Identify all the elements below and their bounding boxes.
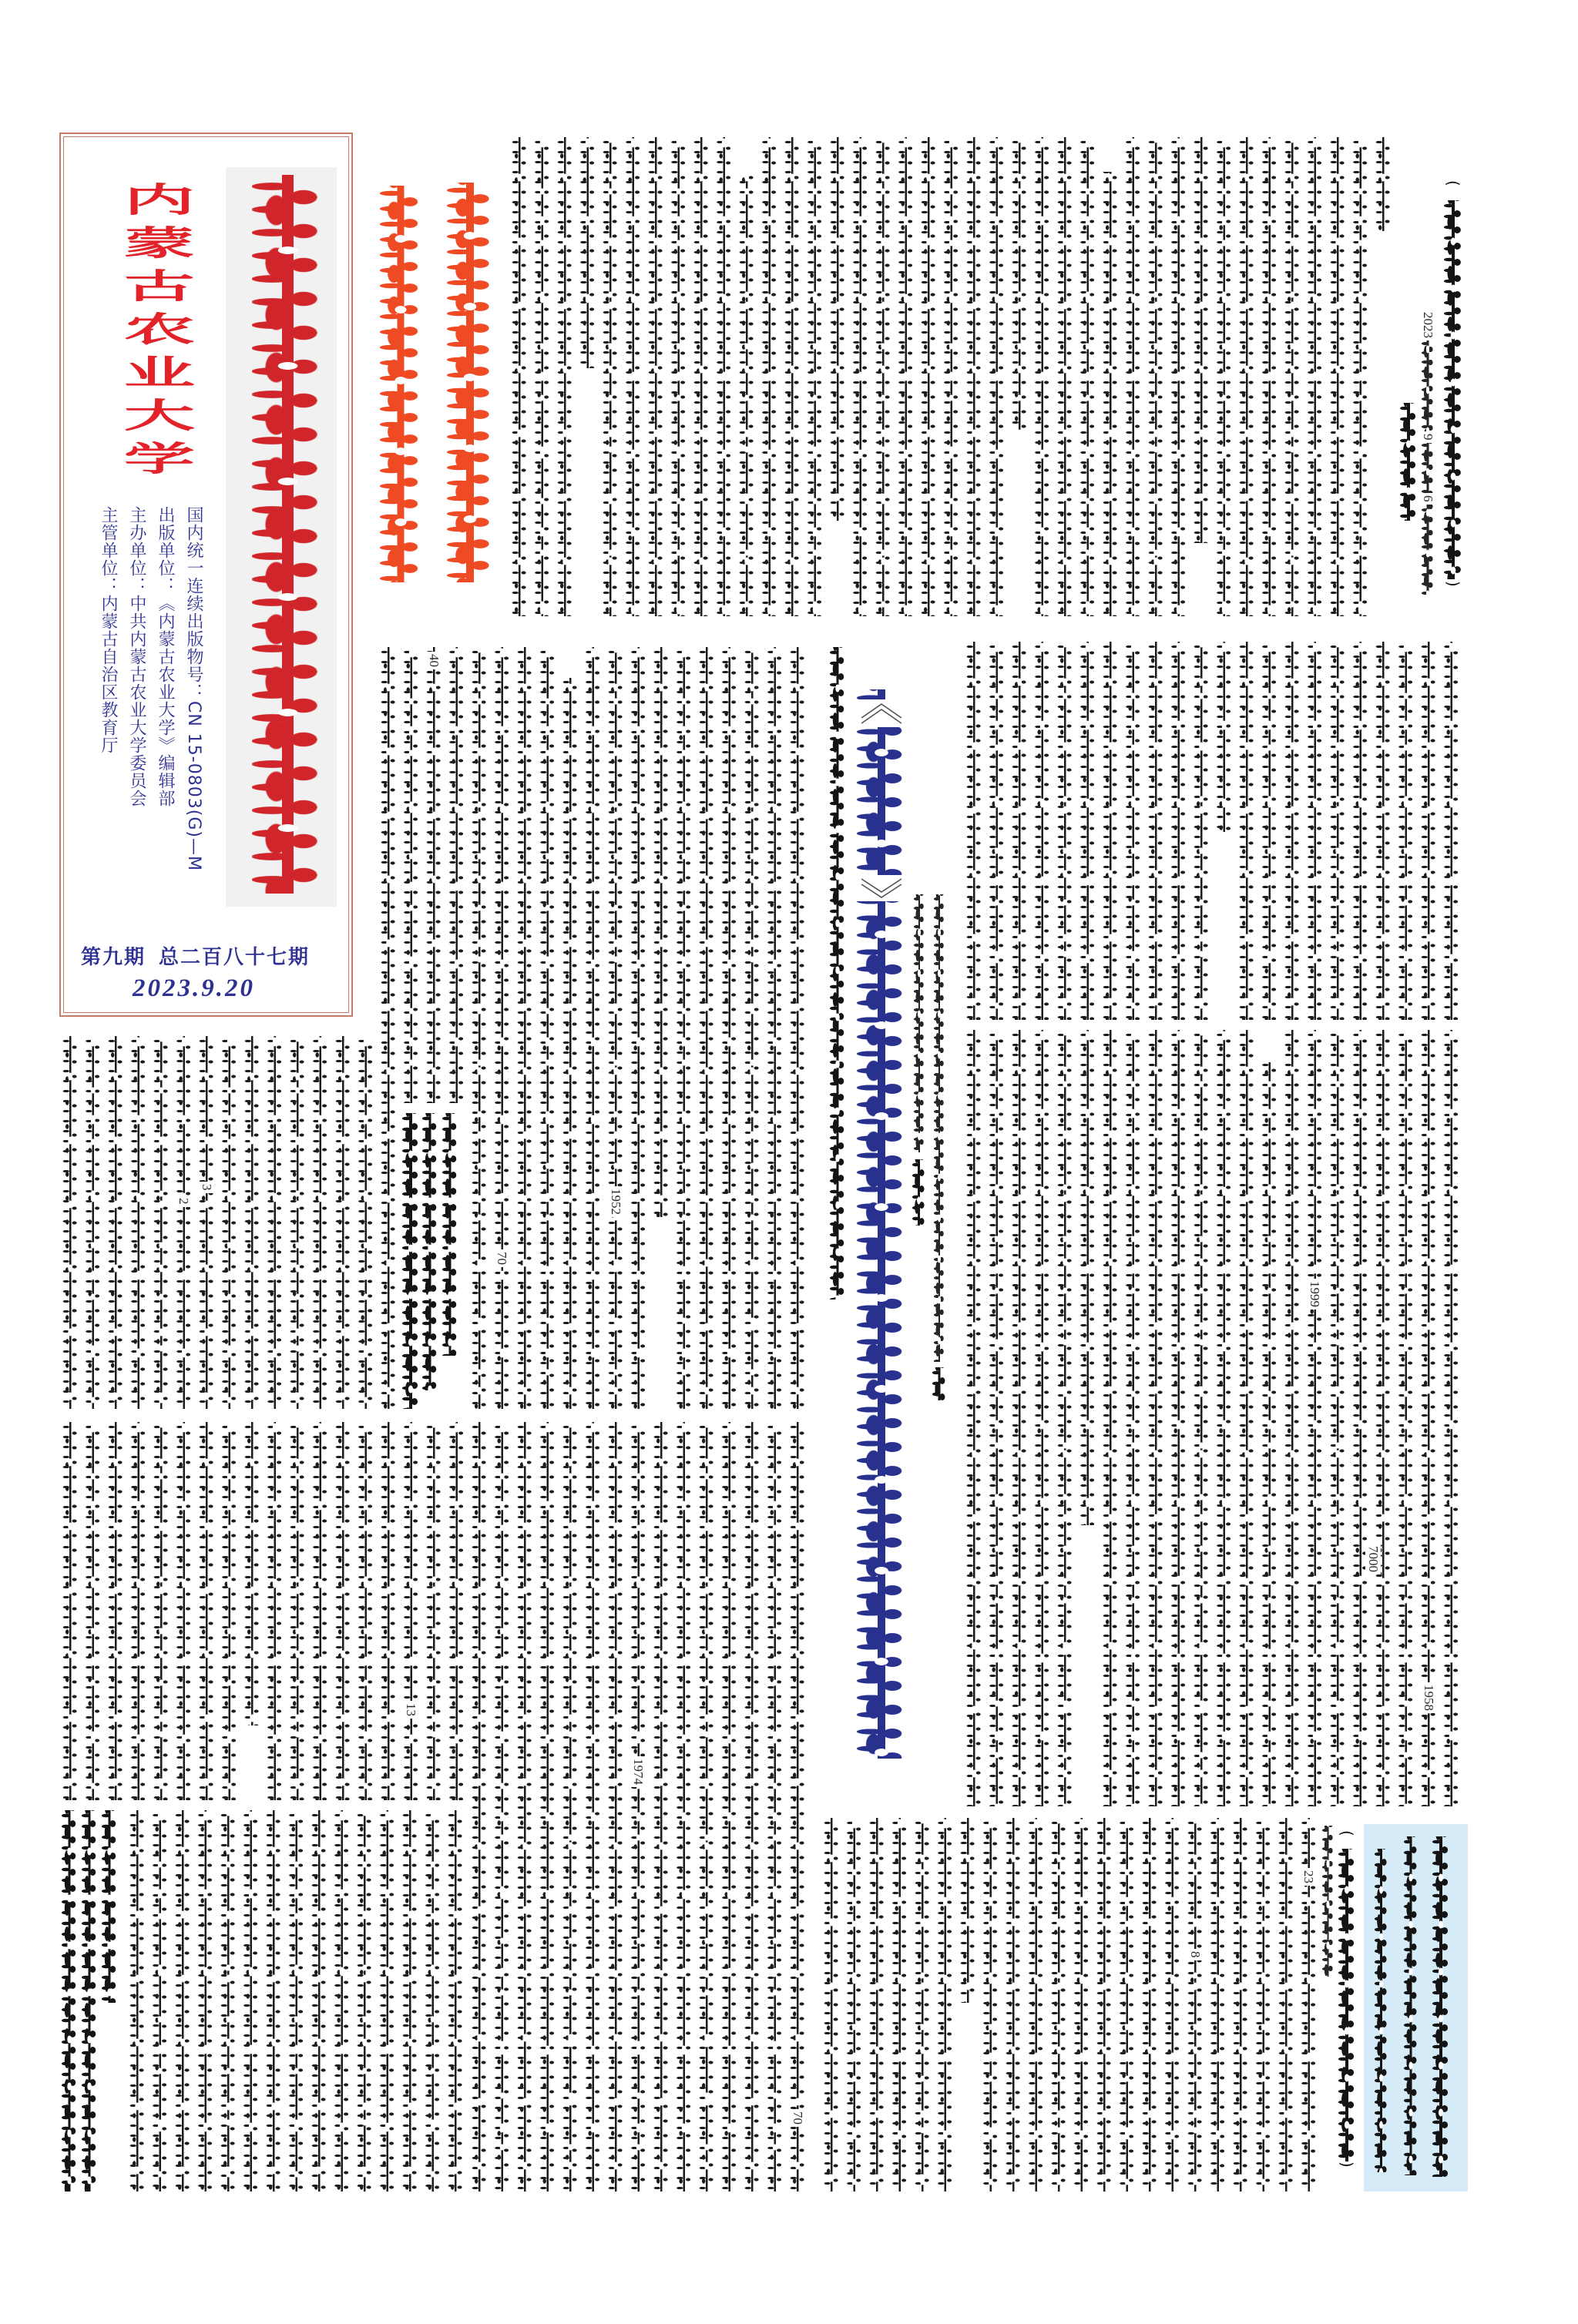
paragraph-break [651,1217,673,1409]
lower-left-headline-column-2 [82,1810,97,2192]
paragraph-break [242,1725,264,1800]
inline-number: 40 [426,652,442,669]
sidebar-heading [1338,1849,1355,2161]
main-article-body-lower [963,1030,1463,1806]
lower-left-article-body [126,1810,468,2192]
sidebar-intro-line [1322,1826,1334,1977]
subheading-column-2 [422,1113,438,1390]
red-subtitle-column-2 [447,183,493,582]
sidebar-info-line-2 [1404,1836,1418,2175]
paragraph-indent [737,137,758,176]
lower-left-headline-column-1 [62,1810,77,2192]
top-article-body [509,137,1395,616]
masthead-serial-number: 国内统一连续出版物号：CN 15-0803(G)—M [184,506,203,871]
masthead: 内蒙古农业大学 国内统一连续出版物号：CN 15-0803(G)—M 出版单位：… [59,132,353,1017]
top-article-dateline [1422,311,1434,595]
open-title-bracket-icon [857,699,906,727]
lower-left-headline-column-3 [102,1810,117,2003]
paragraph-break [1077,1525,1100,1806]
inline-number: 1999 [1307,1279,1322,1310]
paragraph-break [578,368,599,616]
dateline-year: 2023 [1420,310,1435,340]
sidebar-heading-close-paren: ) [1338,2161,1356,2168]
dateline-day: 6 [1420,493,1435,505]
byline-author-2 [932,1367,946,1400]
paragraph-indent [559,647,581,678]
dateline-month: 9 [1420,431,1435,443]
close-title-bracket-icon [857,875,906,901]
inline-number: 7000 [1365,1544,1381,1574]
paragraph-break [828,521,849,616]
subheading-column-1 [402,1113,419,1409]
sidebar-heading-open-paren: ( [1338,1830,1356,1836]
top-article-heading-open-paren: ( [1444,180,1462,186]
paragraph-indent [1100,137,1122,172]
bottom-right-article-body [821,1818,1321,2192]
inline-number: 1952 [608,1186,623,1217]
masthead-mongolian-title [252,175,324,894]
red-subtitle-column-1 [380,186,421,582]
sidebar-info-line-3 [1432,1836,1449,2177]
paragraph-break [1009,431,1031,616]
byline-affiliation-2 [934,894,945,1362]
inline-number: 70 [494,1249,509,1267]
subheading-column-3 [442,1113,458,1356]
main-article-kicker-headline [830,647,845,1299]
inline-number: 1974 [630,1756,646,1787]
paragraph-break [1373,231,1395,616]
masthead-sponsor: 主办单位：中共内蒙古农业大学委员会 [127,506,146,807]
below-masthead-article-body [59,1036,378,1409]
masthead-publisher: 出版单位：《内蒙古农业大学》编辑部 [156,506,174,807]
inline-number: 13 [403,1701,418,1719]
inline-number: 3 [199,1182,214,1193]
main-headline [857,689,906,1759]
byline-author-1 [912,1159,925,1226]
inline-number: 1958 [1421,1682,1436,1713]
paragraph-break [958,2003,980,2192]
masthead-title-chinese: 内蒙古农业大学 [114,182,189,484]
paragraph-break [1191,543,1213,616]
paragraph-break [1214,832,1236,1020]
sidebar-info-box [1364,1824,1468,2192]
masthead-supervisor: 主管单位：内蒙古自治区教育厅 [99,506,117,754]
lower-middle-article-body [468,1422,810,2192]
lower-left-article-body-upper [59,1422,468,1800]
byline-affiliation-1 [914,894,925,1152]
sidebar-info-line-1 [1375,1849,1388,2172]
top-article-heading-close-paren: ) [1444,581,1462,587]
masthead-date: 2023.9.20 [133,974,255,1003]
masthead-issue-number: 第九期 总二百八十七期 [81,941,310,970]
top-article-heading [1444,200,1462,579]
paragraph-indent [1259,1030,1281,1062]
inline-number: 8 [1187,1949,1203,1960]
inline-number: 70 [790,2109,805,2127]
inline-number: 23 [1301,1868,1316,1886]
inline-number: 2 [176,1196,191,1207]
top-article-subtitle [1400,403,1417,521]
